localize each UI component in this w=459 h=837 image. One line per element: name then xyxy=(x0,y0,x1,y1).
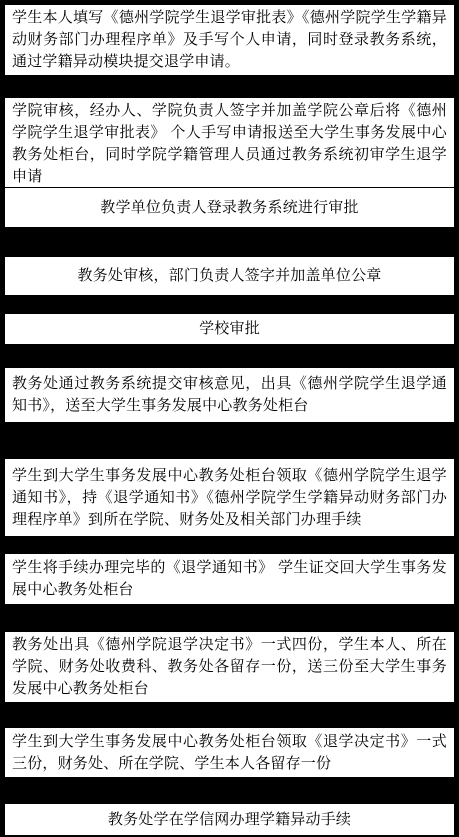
process-step-text: 教务处通过教务系统提交审核意见，出具《德州学院学生退学通知书》，送至大学生事务发… xyxy=(12,373,447,417)
process-step-4: 教务处审核，部门负责人签字并加盖单位公章 xyxy=(4,256,455,296)
process-step-8: 学生将手续办理完毕的《退学通知书》 学生证交回大学生事务发展中心教务处柜台 xyxy=(4,553,455,605)
process-step-7: 学生到大学生事务发展中心教务处柜台领取《德州学院学生退学通知书》，持《退学通知书… xyxy=(4,458,455,537)
process-step-text: 学院审核，经办人、学院负责人签字并加盖学院公章后将《德州学院学生退学审批表》 个… xyxy=(12,100,447,188)
process-step-5: 学校审批 xyxy=(4,313,455,345)
process-step-text: 学生本人填写《德州学院学生退学审批表》《德州学院学生学籍异动财务部门办理程序单》… xyxy=(12,7,447,73)
flowchart-page: 学生本人填写《德州学院学生退学审批表》《德州学院学生学籍异动财务部门办理程序单》… xyxy=(0,0,459,837)
process-step-text: 学生到大学生事务发展中心教务处柜台领取《德州学院学生退学通知书》，持《退学通知书… xyxy=(12,465,447,531)
process-step-10: 学生到大学生事务发展中心教务处柜台领取《退学决定书》一式三份，财务处、所在学院、… xyxy=(4,727,455,778)
process-step-9: 教务处出具《德州学院退学决定书》一式四份，学生本人、所在学院、财务处收费科、教务… xyxy=(4,631,455,703)
process-step-text: 教学单位负责人登录教务系统进行审批 xyxy=(12,197,447,219)
process-step-11: 教务处学在学信网办理学籍异动手续 xyxy=(4,803,455,836)
process-step-text: 学生将手续办理完毕的《退学通知书》 学生证交回大学生事务发展中心教务处柜台 xyxy=(12,557,447,601)
process-step-text: 教务处学在学信网办理学籍异动手续 xyxy=(12,809,447,831)
process-step-6: 教务处通过教务系统提交审核意见，出具《德州学院学生退学通知书》，送至大学生事务发… xyxy=(4,367,455,423)
process-step-text: 学生到大学生事务发展中心教务处柜台领取《退学决定书》一式三份，财务处、所在学院、… xyxy=(12,731,447,775)
process-step-text: 教务处审核，部门负责人签字并加盖单位公章 xyxy=(12,265,447,287)
process-step-text: 教务处出具《德州学院退学决定书》一式四份，学生本人、所在学院、财务处收费科、教务… xyxy=(12,634,447,700)
process-step-text: 学校审批 xyxy=(12,318,447,340)
process-step-1: 学生本人填写《德州学院学生退学审批表》《德州学院学生学籍异动财务部门办理程序单》… xyxy=(4,4,455,76)
process-step-2: 学院审核，经办人、学院负责人签字并加盖学院公章后将《德州学院学生退学审批表》 个… xyxy=(4,97,455,191)
process-step-3: 教学单位负责人登录教务系统进行审批 xyxy=(4,187,455,228)
